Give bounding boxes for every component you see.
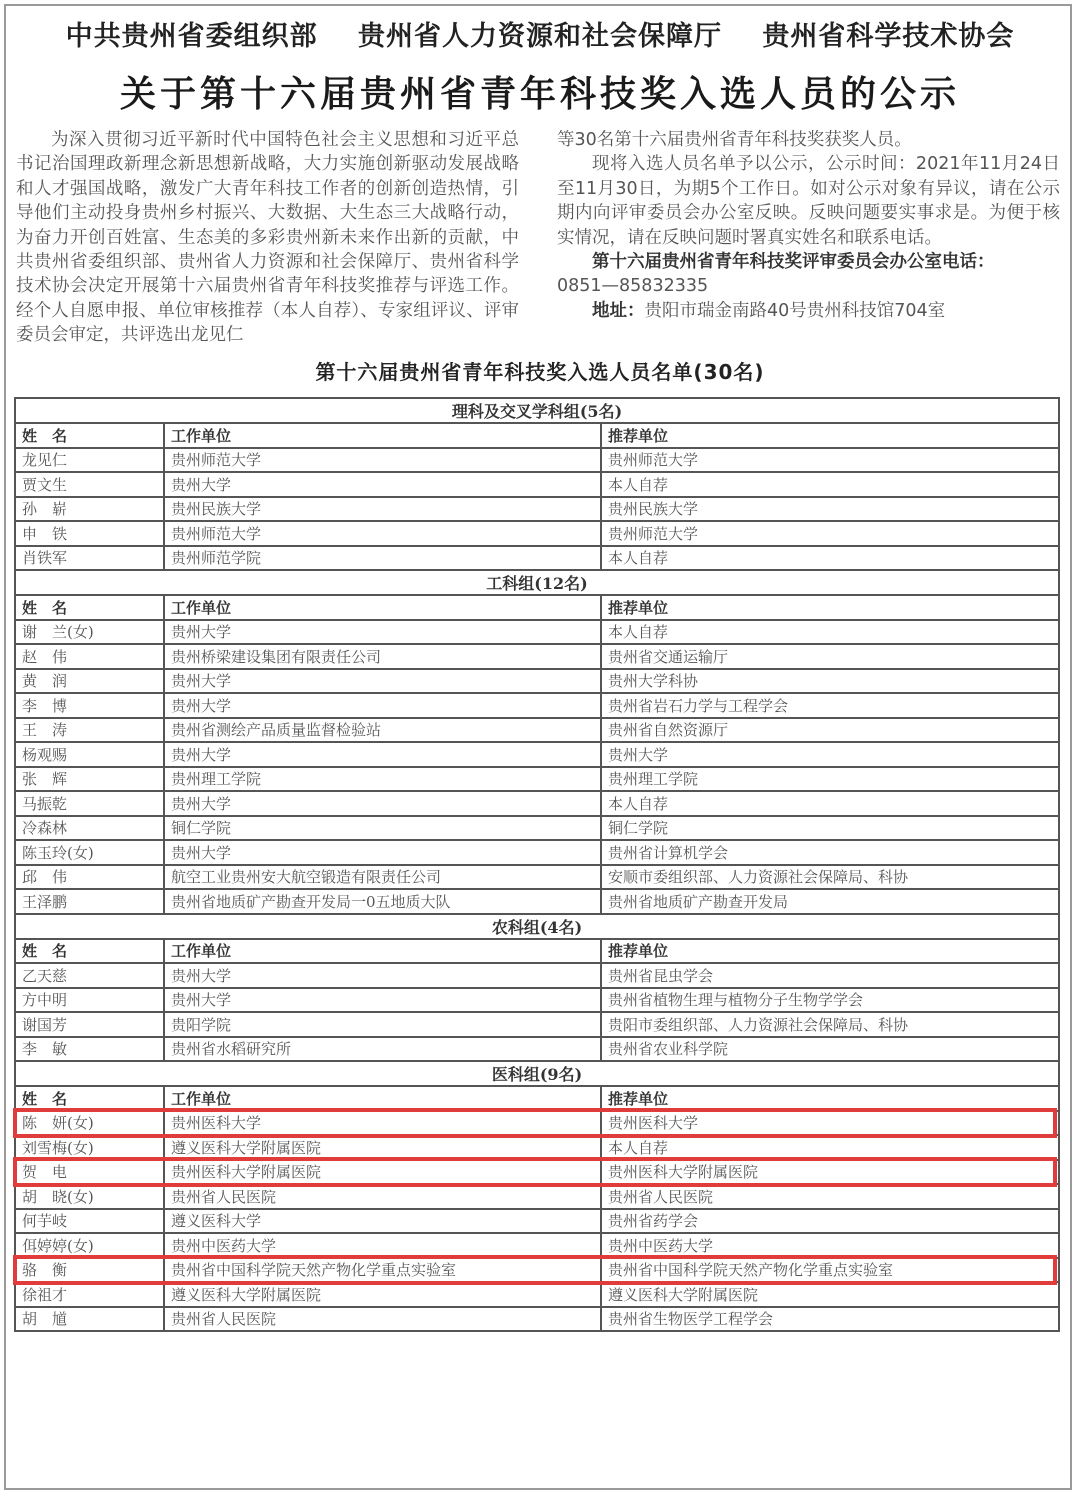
address-label: 地址： [592, 301, 645, 321]
work-unit: 贵州大学 [164, 791, 601, 816]
work-unit-header: 工作单位 [164, 939, 601, 964]
awardee-name: 邱 伟 [15, 865, 164, 890]
recommending-unit: 贵州师范大学 [601, 448, 1059, 473]
work-unit: 贵州大学 [164, 742, 601, 767]
recommending-unit: 遵义医科大学附属医院 [601, 1282, 1059, 1307]
recommending-unit: 贵州大学科协 [601, 669, 1059, 694]
work-unit: 贵州民族大学 [164, 497, 601, 522]
work-unit: 贵州医科大学附属医院 [164, 1160, 601, 1185]
org-name: 贵州省科学技术协会 [762, 21, 1014, 52]
column-header-row: 姓 名工作单位推荐单位 [15, 939, 1059, 964]
table-row: 胡 馗贵州省人民医院贵州省生物医学工程学会 [15, 1307, 1059, 1332]
awardee-name: 李 博 [15, 693, 164, 718]
table-row: 李 敏贵州省水稻研究所贵州省农业科学院 [15, 1037, 1059, 1062]
column-header-row: 姓 名工作单位推荐单位 [15, 1086, 1059, 1111]
work-unit: 贵州大学 [164, 840, 601, 865]
recommender-header: 推荐单位 [601, 939, 1059, 964]
group-title: 工科组(12名) [15, 570, 1059, 595]
recommending-unit: 安顺市委组织部、人力资源社会保障局、科协 [601, 865, 1059, 890]
table-row: 乙天慈贵州大学贵州省昆虫学会 [15, 963, 1059, 988]
table-row: 胡 晓(女)贵州省人民医院贵州省人民医院 [15, 1184, 1059, 1209]
recommending-unit: 贵州省生物医学工程学会 [601, 1307, 1059, 1332]
recommending-unit: 贵州省昆虫学会 [601, 963, 1059, 988]
recommending-unit: 贵州医科大学 [601, 1111, 1059, 1136]
group-title: 医科组(9名) [15, 1061, 1059, 1086]
work-unit: 贵州师范大学 [164, 521, 601, 546]
recommending-unit: 贵州省农业科学院 [601, 1037, 1059, 1062]
table-row: 冷森林铜仁学院铜仁学院 [15, 816, 1059, 841]
table-row: 陈玉玲(女)贵州大学贵州省计算机学会 [15, 840, 1059, 865]
body-paragraph-1-continued: 等30名第十六届贵州省青年科技奖获奖人员。 [557, 128, 1060, 152]
work-unit: 贵州省中国科学院天然产物化学重点实验室 [164, 1258, 601, 1283]
work-unit: 贵州大学 [164, 620, 601, 645]
awardee-name: 龙见仁 [15, 448, 164, 473]
recommending-unit: 贵阳市委组织部、人力资源社会保障局、科协 [601, 1012, 1059, 1037]
body-paragraph-2: 现将入选人员名单予以公示，公示时间：2021年11月24日至11月30日，为期5… [557, 152, 1060, 250]
recommending-unit: 本人自荐 [601, 546, 1059, 571]
awardee-name: 谢国芳 [15, 1012, 164, 1037]
awardee-name: 王 涛 [15, 718, 164, 743]
group-title-row: 工科组(12名) [15, 570, 1059, 595]
work-unit: 贵州大学 [164, 693, 601, 718]
work-unit: 铜仁学院 [164, 816, 601, 841]
work-unit: 贵州省人民医院 [164, 1184, 601, 1209]
table-row: 马振乾贵州大学本人自荐 [15, 791, 1059, 816]
recommending-unit: 贵州民族大学 [601, 497, 1059, 522]
awardee-name: 佴婷婷(女) [15, 1233, 164, 1258]
body-paragraph-1: 为深入贯彻习近平新时代中国特色社会主义思想和习近平总书记治国理政新理念新思想新战… [16, 128, 519, 348]
recommender-header: 推荐单位 [601, 1086, 1059, 1111]
recommending-unit: 贵州师范大学 [601, 521, 1059, 546]
table-row: 申 铁贵州师范大学贵州师范大学 [15, 521, 1059, 546]
recommending-unit: 铜仁学院 [601, 816, 1059, 841]
work-unit: 贵州大学 [164, 472, 601, 497]
awardee-name: 张 辉 [15, 767, 164, 792]
org-name: 中共贵州省委组织部 [66, 21, 318, 52]
table-row: 邱 伟航空工业贵州安大航空锻造有限责任公司安顺市委组织部、人力资源社会保障局、科… [15, 865, 1059, 890]
org-name: 贵州省人力资源和社会保障厅 [358, 21, 722, 52]
recommending-unit: 本人自荐 [601, 791, 1059, 816]
table-row: 谢 兰(女)贵州大学本人自荐 [15, 620, 1059, 645]
work-unit: 贵州省人民医院 [164, 1307, 601, 1332]
recommending-unit: 贵州省交通运输厅 [601, 644, 1059, 669]
awardee-name: 方中明 [15, 988, 164, 1013]
group-title: 理科及交叉学科组(5名) [15, 398, 1059, 423]
group-title-row: 农科组(4名) [15, 914, 1059, 939]
awardee-name: 胡 晓(女) [15, 1184, 164, 1209]
body-right-column: 等30名第十六届贵州省青年科技奖获奖人员。 现将入选人员名单予以公示，公示时间：… [557, 128, 1060, 323]
notice-title: 关于第十六届贵州省青年科技奖入选人员的公示 [0, 66, 1080, 117]
awardee-name: 孙 崭 [15, 497, 164, 522]
work-unit-header: 工作单位 [164, 1086, 601, 1111]
recommending-unit: 贵州省植物生理与植物分子生物学学会 [601, 988, 1059, 1013]
table-row: 王泽鹏贵州省地质矿产勘查开发局一0五地质大队贵州省地质矿产勘查开发局 [15, 889, 1059, 914]
awardee-name: 陈 妍(女) [15, 1111, 164, 1136]
awardee-name: 徐祖才 [15, 1282, 164, 1307]
work-unit: 贵州省地质矿产勘查开发局一0五地质大队 [164, 889, 601, 914]
name-header: 姓 名 [15, 939, 164, 964]
address-line: 地址：贵阳市瑞金南路40号贵州科技馆704室 [557, 299, 1060, 323]
table-row: 何芋岐遵义医科大学贵州省药学会 [15, 1209, 1059, 1234]
awardee-name: 王泽鹏 [15, 889, 164, 914]
work-unit: 航空工业贵州安大航空锻造有限责任公司 [164, 865, 601, 890]
table-row: 赵 伟贵州桥梁建设集团有限责任公司贵州省交通运输厅 [15, 644, 1059, 669]
list-title: 第十六届贵州省青年科技奖入选人员名单(30名) [0, 356, 1080, 385]
awardee-name: 刘雪梅(女) [15, 1135, 164, 1160]
recommending-unit: 贵州省计算机学会 [601, 840, 1059, 865]
name-header: 姓 名 [15, 595, 164, 620]
work-unit-header: 工作单位 [164, 423, 601, 448]
recommending-unit: 贵州省药学会 [601, 1209, 1059, 1234]
table-row: 方中明贵州大学贵州省植物生理与植物分子生物学学会 [15, 988, 1059, 1013]
column-header-row: 姓 名工作单位推荐单位 [15, 423, 1059, 448]
name-header: 姓 名 [15, 423, 164, 448]
work-unit-header: 工作单位 [164, 595, 601, 620]
table-row: 张 辉贵州理工学院贵州理工学院 [15, 767, 1059, 792]
awardee-name: 杨观赐 [15, 742, 164, 767]
table-row: 贾文生贵州大学本人自荐 [15, 472, 1059, 497]
table-row: 龙见仁贵州师范大学贵州师范大学 [15, 448, 1059, 473]
work-unit: 遵义医科大学附属医院 [164, 1135, 601, 1160]
work-unit: 贵阳学院 [164, 1012, 601, 1037]
address-value: 贵阳市瑞金南路40号贵州科技馆704室 [645, 301, 946, 321]
awardee-name: 贺 电 [15, 1160, 164, 1185]
awardee-name: 陈玉玲(女) [15, 840, 164, 865]
work-unit: 遵义医科大学 [164, 1209, 601, 1234]
table-row: 陈 妍(女)贵州医科大学贵州医科大学 [15, 1111, 1059, 1136]
awardee-name: 骆 衡 [15, 1258, 164, 1283]
table-row: 贺 电贵州医科大学附属医院贵州医科大学附属医院 [15, 1160, 1059, 1185]
contact-label: 第十六届贵州省青年科技奖评审委员会办公室电话： [557, 250, 1060, 274]
table-row: 黄 润贵州大学贵州大学科协 [15, 669, 1059, 694]
recommending-unit: 贵州理工学院 [601, 767, 1059, 792]
recommending-unit: 本人自荐 [601, 620, 1059, 645]
work-unit: 贵州师范学院 [164, 546, 601, 571]
table-row: 谢国芳贵阳学院贵阳市委组织部、人力资源社会保障局、科协 [15, 1012, 1059, 1037]
awardee-name: 贾文生 [15, 472, 164, 497]
recommending-unit: 贵州省人民医院 [601, 1184, 1059, 1209]
table-row: 肖铁军贵州师范学院本人自荐 [15, 546, 1059, 571]
work-unit: 贵州大学 [164, 669, 601, 694]
issuing-organizations: 中共贵州省委组织部 贵州省人力资源和社会保障厅 贵州省科学技术协会 [0, 14, 1080, 53]
column-header-row: 姓 名工作单位推荐单位 [15, 595, 1059, 620]
work-unit: 贵州大学 [164, 963, 601, 988]
recommending-unit: 贵州省岩石力学与工程学会 [601, 693, 1059, 718]
awardee-name: 谢 兰(女) [15, 620, 164, 645]
table-row: 杨观赐贵州大学贵州大学 [15, 742, 1059, 767]
awardee-name: 乙天慈 [15, 963, 164, 988]
table-row: 佴婷婷(女)贵州中医药大学贵州中医药大学 [15, 1233, 1059, 1258]
awardee-table: 理科及交叉学科组(5名)姓 名工作单位推荐单位龙见仁贵州师范大学贵州师范大学贾文… [14, 397, 1060, 1332]
group-title-row: 医科组(9名) [15, 1061, 1059, 1086]
work-unit: 贵州大学 [164, 988, 601, 1013]
work-unit: 贵州省测绘产品质量监督检验站 [164, 718, 601, 743]
work-unit: 遵义医科大学附属医院 [164, 1282, 601, 1307]
work-unit: 贵州理工学院 [164, 767, 601, 792]
recommending-unit: 贵州中医药大学 [601, 1233, 1059, 1258]
name-header: 姓 名 [15, 1086, 164, 1111]
awardee-name: 冷森林 [15, 816, 164, 841]
table-row: 孙 崭贵州民族大学贵州民族大学 [15, 497, 1059, 522]
recommending-unit: 贵州省自然资源厅 [601, 718, 1059, 743]
table-row: 骆 衡贵州省中国科学院天然产物化学重点实验室贵州省中国科学院天然产物化学重点实验… [15, 1258, 1059, 1283]
group-title: 农科组(4名) [15, 914, 1059, 939]
recommending-unit: 贵州省地质矿产勘查开发局 [601, 889, 1059, 914]
contact-phone: 0851—85832335 [557, 274, 1060, 298]
table-row: 李 博贵州大学贵州省岩石力学与工程学会 [15, 693, 1059, 718]
work-unit: 贵州医科大学 [164, 1111, 601, 1136]
group-title-row: 理科及交叉学科组(5名) [15, 398, 1059, 423]
work-unit: 贵州中医药大学 [164, 1233, 601, 1258]
table-row: 王 涛贵州省测绘产品质量监督检验站贵州省自然资源厅 [15, 718, 1059, 743]
recommending-unit: 本人自荐 [601, 472, 1059, 497]
awardee-name: 赵 伟 [15, 644, 164, 669]
work-unit: 贵州桥梁建设集团有限责任公司 [164, 644, 601, 669]
recommending-unit: 本人自荐 [601, 1135, 1059, 1160]
table-row: 刘雪梅(女)遵义医科大学附属医院本人自荐 [15, 1135, 1059, 1160]
awardee-name: 马振乾 [15, 791, 164, 816]
recommending-unit: 贵州省中国科学院天然产物化学重点实验室 [601, 1258, 1059, 1283]
work-unit: 贵州师范大学 [164, 448, 601, 473]
awardee-name: 何芋岐 [15, 1209, 164, 1234]
awardee-name: 肖铁军 [15, 546, 164, 571]
awardee-name: 胡 馗 [15, 1307, 164, 1332]
work-unit: 贵州省水稻研究所 [164, 1037, 601, 1062]
awardee-name: 李 敏 [15, 1037, 164, 1062]
table-row: 徐祖才遵义医科大学附属医院遵义医科大学附属医院 [15, 1282, 1059, 1307]
recommender-header: 推荐单位 [601, 423, 1059, 448]
awardee-name: 黄 润 [15, 669, 164, 694]
recommender-header: 推荐单位 [601, 595, 1059, 620]
recommending-unit: 贵州大学 [601, 742, 1059, 767]
recommending-unit: 贵州医科大学附属医院 [601, 1160, 1059, 1185]
awardee-name: 申 铁 [15, 521, 164, 546]
